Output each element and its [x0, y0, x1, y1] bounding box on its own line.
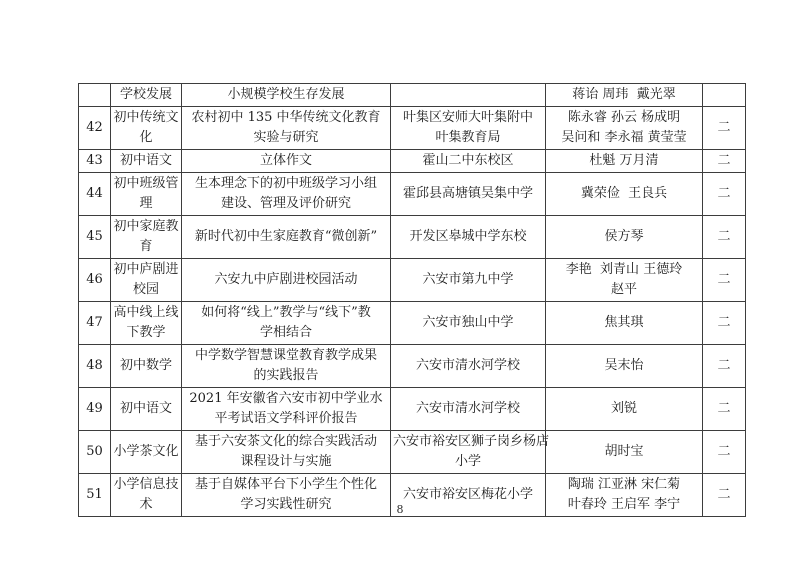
cell-participants: 蒋诒 周玮 戴光翠 — [546, 84, 703, 107]
table-row: 46 初中庐剧进 校园 六安九中庐剧进校园活动 六安市第九中学 李艳 刘青山 王… — [79, 259, 746, 302]
cell-grade: 二 — [703, 345, 746, 388]
cell-school: 霍山二中东校区 — [391, 150, 546, 173]
cell-grade: 二 — [703, 107, 746, 150]
cell-project-title: 如何将“线上”教学与“线下”教 学相结合 — [182, 302, 391, 345]
cell-participants: 焦其琪 — [546, 302, 703, 345]
cell-participants: 刘锐 — [546, 388, 703, 431]
cell-category: 初中家庭教 育 — [111, 216, 182, 259]
cell-grade: 二 — [703, 150, 746, 173]
cell-grade — [703, 84, 746, 107]
cell-serial-number: 45 — [79, 216, 111, 259]
cell-project-title: 中学数学智慧课堂教育教学成果 的实践报告 — [182, 345, 391, 388]
cell-participants: 侯方琴 — [546, 216, 703, 259]
cell-school: 霍邱县高塘镇吴集中学 — [391, 173, 546, 216]
cell-category: 高中线上线 下教学 — [111, 302, 182, 345]
cell-grade: 二 — [703, 388, 746, 431]
cell-school: 叶集区安师大叶集附中 叶集教育局 — [391, 107, 546, 150]
cell-category: 小学茶文化 — [111, 431, 182, 474]
cell-category: 初中数学 — [111, 345, 182, 388]
cell-serial-number: 47 — [79, 302, 111, 345]
results-table-body: 学校发展 小规模学校生存发展 蒋诒 周玮 戴光翠 42 初中传统文 化 农村初中… — [79, 84, 746, 517]
cell-grade: 二 — [703, 259, 746, 302]
cell-participants: 胡时宝 — [546, 431, 703, 474]
table-row: 50 小学茶文化 基于六安茶文化的综合实践活动 课程设计与实施 六安市裕安区狮子… — [79, 431, 746, 474]
cell-category: 初中庐剧进 校园 — [111, 259, 182, 302]
cell-serial-number — [79, 84, 111, 107]
cell-school: 开发区皋城中学东校 — [391, 216, 546, 259]
cell-grade: 二 — [703, 216, 746, 259]
cell-participants: 李艳 刘青山 王德玲 赵平 — [546, 259, 703, 302]
cell-serial-number: 46 — [79, 259, 111, 302]
cell-serial-number: 49 — [79, 388, 111, 431]
cell-serial-number: 50 — [79, 431, 111, 474]
cell-serial-number: 44 — [79, 173, 111, 216]
cell-participants: 杜魁 万月清 — [546, 150, 703, 173]
cell-project-title: 生本理念下的初中班级学习小组 建设、管理及评价研究 — [182, 173, 391, 216]
table-row: 48 初中数学 中学数学智慧课堂教育教学成果 的实践报告 六安市清水河学校 吴末… — [79, 345, 746, 388]
table-row: 43 初中语文 立体作文 霍山二中东校区 杜魁 万月清 二 — [79, 150, 746, 173]
document-page: 学校发展 小规模学校生存发展 蒋诒 周玮 戴光翠 42 初中传统文 化 农村初中… — [0, 0, 800, 565]
cell-grade: 二 — [703, 302, 746, 345]
cell-school: 六安市独山中学 — [391, 302, 546, 345]
cell-project-title: 2021 年安徽省六安市初中学业水 平考试语文学科评价报告 — [182, 388, 391, 431]
cell-school — [391, 84, 546, 107]
cell-serial-number: 42 — [79, 107, 111, 150]
cell-school: 六安市第九中学 — [391, 259, 546, 302]
cell-project-title: 农村初中 135 中华传统文化教育 实验与研究 — [182, 107, 391, 150]
table-row: 47 高中线上线 下教学 如何将“线上”教学与“线下”教 学相结合 六安市独山中… — [79, 302, 746, 345]
cell-project-title: 六安九中庐剧进校园活动 — [182, 259, 391, 302]
table-row: 42 初中传统文 化 农村初中 135 中华传统文化教育 实验与研究 叶集区安师… — [79, 107, 746, 150]
cell-serial-number: 43 — [79, 150, 111, 173]
cell-project-title: 立体作文 — [182, 150, 391, 173]
cell-project-title: 小规模学校生存发展 — [182, 84, 391, 107]
cell-grade: 二 — [703, 173, 746, 216]
cell-category: 初中语文 — [111, 150, 182, 173]
cell-participants: 冀荣俭 王良兵 — [546, 173, 703, 216]
cell-school: 六安市裕安区狮子岗乡杨店 小学 — [391, 431, 546, 474]
page-number: 8 — [0, 503, 800, 516]
table-row: 学校发展 小规模学校生存发展 蒋诒 周玮 戴光翠 — [79, 84, 746, 107]
cell-school: 六安市清水河学校 — [391, 345, 546, 388]
cell-category: 初中语文 — [111, 388, 182, 431]
cell-category: 学校发展 — [111, 84, 182, 107]
cell-school: 六安市清水河学校 — [391, 388, 546, 431]
table-row: 45 初中家庭教 育 新时代初中生家庭教育“微创新” 开发区皋城中学东校 侯方琴… — [79, 216, 746, 259]
cell-category: 初中传统文 化 — [111, 107, 182, 150]
table-row: 44 初中班级管 理 生本理念下的初中班级学习小组 建设、管理及评价研究 霍邱县… — [79, 173, 746, 216]
cell-participants: 陈永睿 孙云 杨成明 吴问和 李永福 黄莹莹 — [546, 107, 703, 150]
cell-project-title: 基于六安茶文化的综合实践活动 课程设计与实施 — [182, 431, 391, 474]
cell-serial-number: 48 — [79, 345, 111, 388]
table-row: 49 初中语文 2021 年安徽省六安市初中学业水 平考试语文学科评价报告 六安… — [79, 388, 746, 431]
cell-participants: 吴末怡 — [546, 345, 703, 388]
award-results-table: 学校发展 小规模学校生存发展 蒋诒 周玮 戴光翠 42 初中传统文 化 农村初中… — [78, 83, 746, 517]
cell-category: 初中班级管 理 — [111, 173, 182, 216]
cell-project-title: 新时代初中生家庭教育“微创新” — [182, 216, 391, 259]
cell-grade: 二 — [703, 431, 746, 474]
